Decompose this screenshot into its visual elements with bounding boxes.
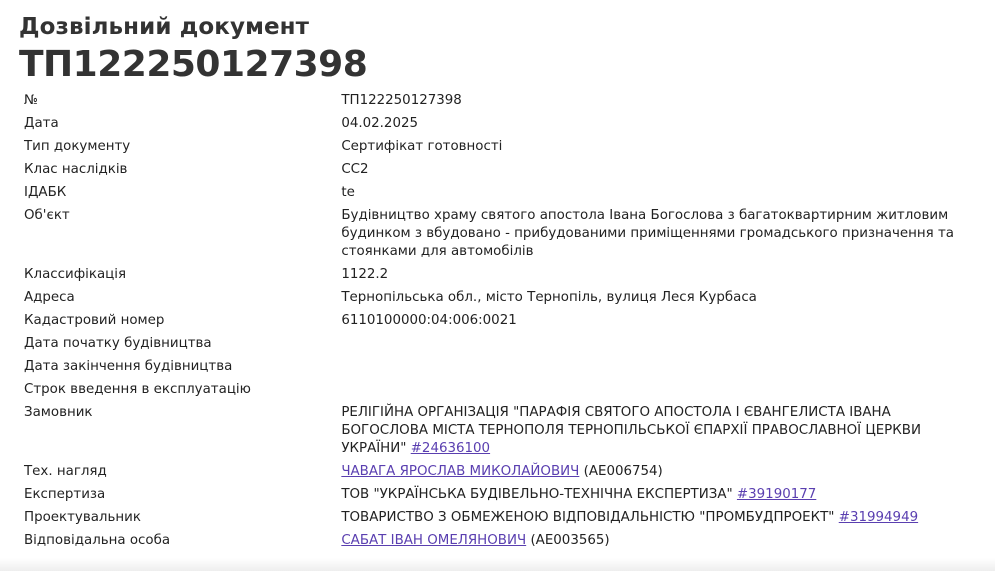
expertise-code-link[interactable]: #39190177 bbox=[737, 487, 816, 502]
row-value: ТОВАРИСТВО З ОБМЕЖЕНОЮ ВІДПОВІДАЛЬНІСТЮ … bbox=[341, 509, 974, 532]
supervisor-name-link[interactable]: ЧАВАГА ЯРОСЛАВ МИКОЛАЙОВИЧ bbox=[341, 464, 579, 479]
row-responsible-person: Відповідальна особа САБАТ ІВАН ОМЕЛЯНОВИ… bbox=[24, 532, 974, 555]
row-idabk: ІДАБК te bbox=[24, 184, 974, 207]
row-commissioning-term: Строк введення в експлуатацію bbox=[24, 381, 974, 404]
row-value: Тернопільська обл., місто Тернопіль, вул… bbox=[341, 289, 974, 312]
row-value: 04.02.2025 bbox=[341, 115, 974, 138]
row-address: Адреса Тернопільська обл., місто Тернопі… bbox=[24, 289, 974, 312]
page-bottom-edge bbox=[0, 558, 995, 571]
row-value bbox=[341, 358, 974, 381]
row-object: Об'єкт Будівництво храму святого апостол… bbox=[24, 207, 974, 266]
row-label: Об'єкт bbox=[24, 207, 341, 266]
row-expertise: Експертиза ТОВ "УКРАЇНСЬКА БУДІВЕЛЬНО-ТЕ… bbox=[24, 486, 974, 509]
row-customer: Замовник РЕЛІГІЙНА ОРГАНІЗАЦІЯ "ПАРАФІЯ … bbox=[24, 404, 974, 463]
designer-code-link[interactable]: #31994949 bbox=[839, 510, 918, 525]
row-value: Сертифікат готовності bbox=[341, 138, 974, 161]
document-number-title: ТП122250127398 bbox=[19, 44, 367, 85]
row-value bbox=[341, 335, 974, 358]
row-label: Проектувальник bbox=[24, 509, 341, 532]
row-value: 1122.2 bbox=[341, 266, 974, 289]
row-value: ЧАВАГА ЯРОСЛАВ МИКОЛАЙОВИЧ (АЕ006754) bbox=[341, 463, 974, 486]
row-label: Строк введення в експлуатацію bbox=[24, 381, 341, 404]
row-designer: Проектувальник ТОВАРИСТВО З ОБМЕЖЕНОЮ ВІ… bbox=[24, 509, 974, 532]
row-label: Адреса bbox=[24, 289, 341, 312]
row-value: РЕЛІГІЙНА ОРГАНІЗАЦІЯ "ПАРАФІЯ СВЯТОГО А… bbox=[341, 404, 974, 463]
row-value: СС2 bbox=[341, 161, 974, 184]
row-date: Дата 04.02.2025 bbox=[24, 115, 974, 138]
supervisor-certificate: (АЕ006754) bbox=[584, 464, 663, 479]
expertise-org-name: ТОВ "УКРАЇНСЬКА БУДІВЕЛЬНО-ТЕХНІЧНА ЕКСП… bbox=[341, 487, 732, 502]
row-value: ТП122250127398 bbox=[341, 92, 974, 115]
document-type-heading: Дозвільний документ bbox=[19, 14, 309, 40]
responsible-person-link[interactable]: САБАТ ІВАН ОМЕЛЯНОВИЧ bbox=[341, 533, 526, 548]
customer-code-link[interactable]: #24636100 bbox=[411, 441, 490, 456]
row-label: № bbox=[24, 92, 341, 115]
row-technical-supervision: Тех. нагляд ЧАВАГА ЯРОСЛАВ МИКОЛАЙОВИЧ (… bbox=[24, 463, 974, 486]
row-label: Замовник bbox=[24, 404, 341, 463]
row-value: te bbox=[341, 184, 974, 207]
row-label: Тех. нагляд bbox=[24, 463, 341, 486]
row-label: Дата закінчення будівництва bbox=[24, 358, 341, 381]
row-label: Клас наслідків bbox=[24, 161, 341, 184]
row-label: Дата початку будівництва bbox=[24, 335, 341, 358]
permit-document-page: Дозвільний документ ТП122250127398 № ТП1… bbox=[0, 0, 995, 560]
row-number: № ТП122250127398 bbox=[24, 92, 974, 115]
designer-org-name: ТОВАРИСТВО З ОБМЕЖЕНОЮ ВІДПОВІДАЛЬНІСТЮ … bbox=[341, 510, 834, 525]
row-label: Дата bbox=[24, 115, 341, 138]
row-value: 6110100000:04:006:0021 bbox=[341, 312, 974, 335]
row-label: Відповідальна особа bbox=[24, 532, 341, 555]
row-construction-end: Дата закінчення будівництва bbox=[24, 358, 974, 381]
row-value bbox=[341, 381, 974, 404]
row-cadastral-number: Кадастровий номер 6110100000:04:006:0021 bbox=[24, 312, 974, 335]
row-consequence-class: Клас наслідків СС2 bbox=[24, 161, 974, 184]
row-label: Классифікація bbox=[24, 266, 341, 289]
row-value: САБАТ ІВАН ОМЕЛЯНОВИЧ (АЕ003565) bbox=[341, 532, 974, 555]
row-document-type: Тип документу Сертифікат готовності bbox=[24, 138, 974, 161]
row-value: ТОВ "УКРАЇНСЬКА БУДІВЕЛЬНО-ТЕХНІЧНА ЕКСП… bbox=[341, 486, 974, 509]
row-value: Будівництво храму святого апостола Івана… bbox=[341, 207, 974, 266]
row-classification: Классифікація 1122.2 bbox=[24, 266, 974, 289]
responsible-person-certificate: (АЕ003565) bbox=[530, 533, 609, 548]
document-details-table: № ТП122250127398 Дата 04.02.2025 Тип док… bbox=[24, 92, 974, 555]
row-label: Тип документу bbox=[24, 138, 341, 161]
row-label: Кадастровий номер bbox=[24, 312, 341, 335]
row-label: Експертиза bbox=[24, 486, 341, 509]
row-label: ІДАБК bbox=[24, 184, 341, 207]
row-construction-start: Дата початку будівництва bbox=[24, 335, 974, 358]
